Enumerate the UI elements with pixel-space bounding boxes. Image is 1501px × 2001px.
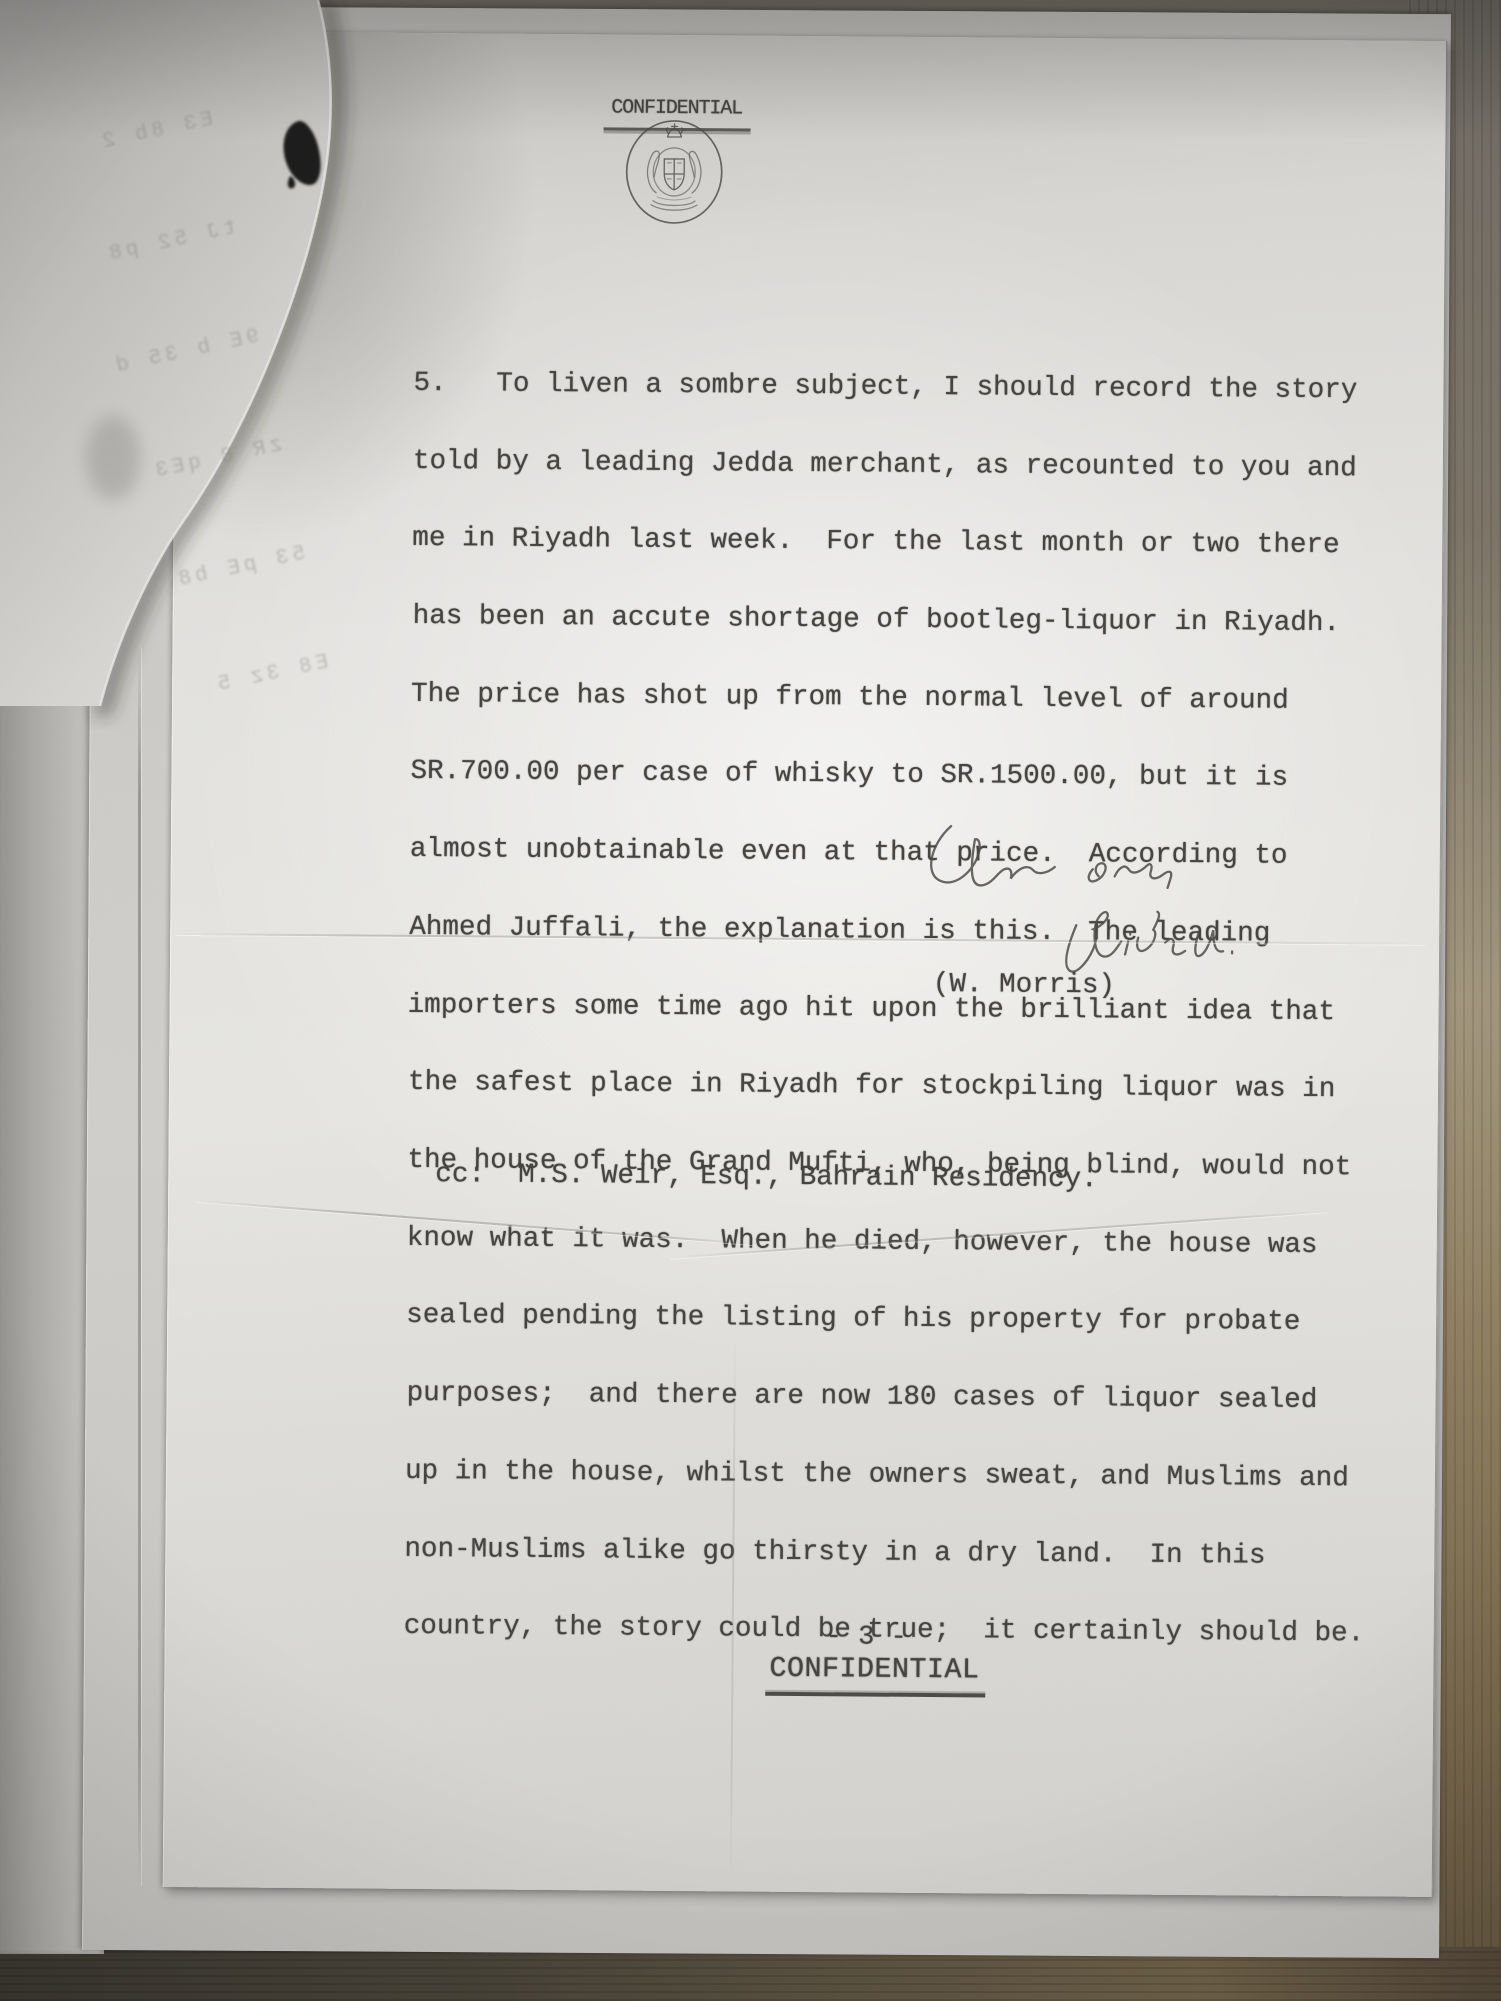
paragraph-line: sealed pending the listing of his proper…: [406, 1303, 1367, 1336]
ghost-text-row: E8 3z 5: [2, 644, 332, 749]
paper-edge-line: [138, 648, 141, 1886]
cc-line: cc: M.S. Weir, Esq., Bahrain Residency.: [435, 1159, 1098, 1195]
paragraph-line: me in Riyadh last week. For the last mon…: [412, 526, 1373, 559]
paragraph-line: importers some time ago hit upon the bri…: [408, 992, 1369, 1025]
classification-footer-underline: [765, 1692, 985, 1698]
classification-footer: CONFIDENTIAL: [769, 1652, 979, 1687]
signature-yours: [931, 826, 1055, 886]
handwritten-signature: [916, 812, 1267, 995]
ghost-text-row: E3 8b 2: [0, 101, 217, 206]
paragraph-line: the safest place in Riyadh for stockpili…: [408, 1070, 1369, 1103]
crest-shield: [664, 159, 684, 190]
letter-paragraph: 5. To liven a sombre subject, I should r…: [403, 319, 1374, 1700]
ghost-text-row: tJ 52 p8: [0, 210, 240, 315]
typed-signatory-name: (W. Morris): [933, 969, 1115, 1001]
paragraph-line: know what it was. When he died, however,…: [407, 1226, 1368, 1259]
ghost-text-row: zR 8 qE3: [0, 427, 286, 532]
crest-base-line: [657, 197, 691, 200]
signature-name: [1066, 911, 1232, 973]
crest-motto-scroll: [651, 201, 697, 211]
paragraph-line: SR.700.00 per case of whisky to SR.1500.…: [410, 759, 1371, 792]
signature-ever: [1089, 863, 1172, 888]
paragraph-line: non-Muslims alike go thirsty in a dry la…: [404, 1536, 1365, 1569]
paragraph-line: up in the house, whilst the owners sweat…: [405, 1459, 1366, 1492]
page-number: - 3 -: [826, 1622, 907, 1653]
ghost-text-row: 53 pE b8: [0, 536, 309, 641]
document-photo: CONFIDENTIAL 5. To liven a sombre subjec…: [0, 0, 1501, 2001]
royal-crest-stamp: [623, 117, 726, 228]
crest-crown: [666, 124, 682, 137]
paragraph-line: The price has shot up from the normal le…: [411, 682, 1372, 715]
paragraph-line: told by a leading Jedda merchant, as rec…: [413, 448, 1374, 481]
paragraph-line: purposes; and there are now 180 cases of…: [407, 1381, 1368, 1414]
paragraph-line: 5. To liven a sombre subject, I should r…: [413, 371, 1374, 404]
ghost-text-row: 9E b 35 d: [0, 319, 263, 424]
paragraph-line: has been an accute shortage of bootleg-l…: [413, 604, 1374, 637]
